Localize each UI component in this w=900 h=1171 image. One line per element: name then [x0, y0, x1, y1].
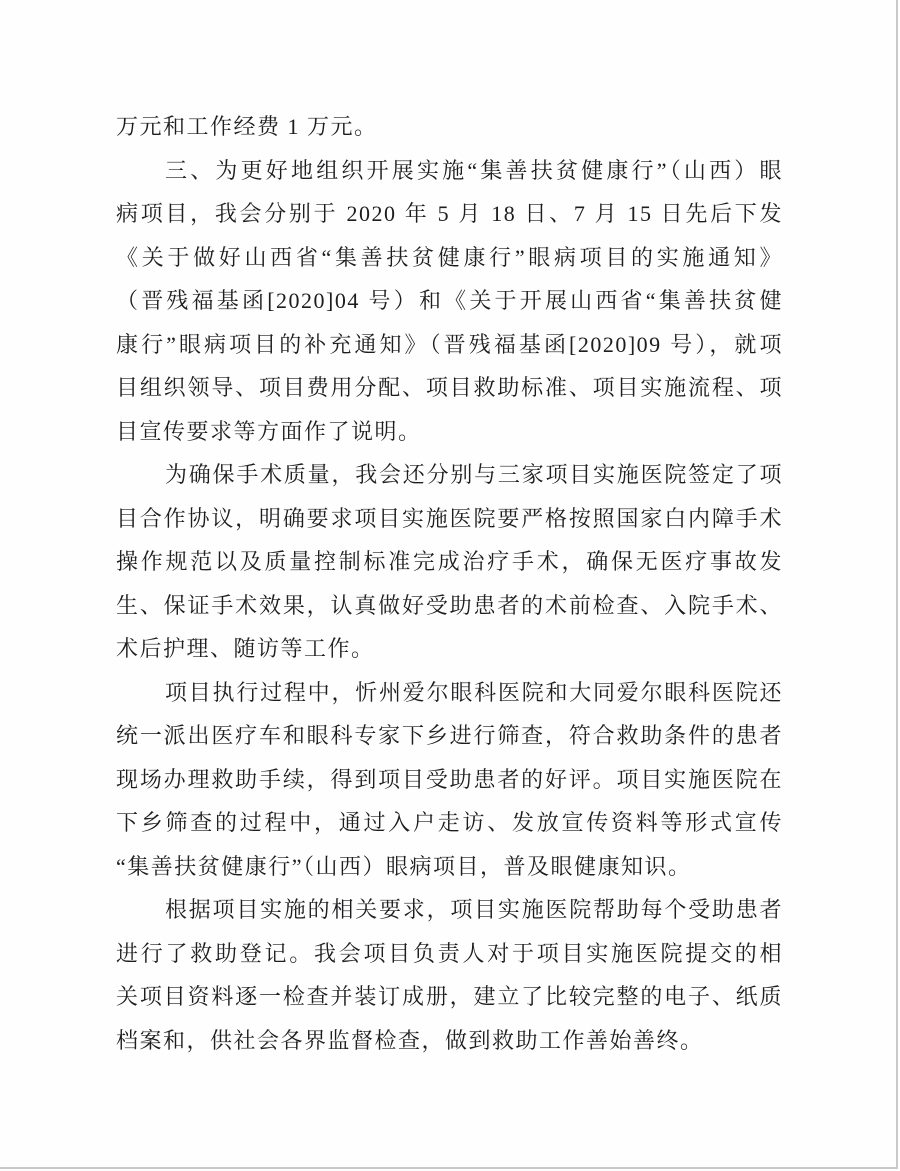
text-line: 目宣传要求等方面作了说明。	[116, 410, 783, 454]
text-line: 统一派出医疗车和眼科专家下乡进行筛查，符合救助条件的患者	[116, 714, 783, 758]
text-line: 万元和工作经费 1 万元。	[116, 105, 783, 149]
text-line: 目组织领导、项目费用分配、项目救助标准、项目实施流程、项	[116, 366, 783, 410]
text-line: 根据项目实施的相关要求，项目实施医院帮助每个受助患者	[116, 888, 783, 932]
text-line: 三、为更好地组织开展实施“集善扶贫健康行”（山西）眼	[116, 149, 783, 193]
text-line: 现场办理救助手续，得到项目受助患者的好评。项目实施医院在	[116, 758, 783, 802]
text-line: 操作规范以及质量控制标准完成治疗手术，确保无医疗事故发	[116, 540, 783, 584]
text-line: “集善扶贫健康行”（山西）眼病项目，普及眼健康知识。	[116, 845, 783, 889]
text-line: 关项目资料逐一检查并装订成册，建立了比较完整的电子、纸质	[116, 975, 783, 1019]
text-line: 病项目，我会分别于 2020 年 5 月 18 日、7 月 15 日先后下发	[116, 192, 783, 236]
text-line: 下乡筛查的过程中，通过入户走访、发放宣传资料等形式宣传	[116, 801, 783, 845]
text-line: （晋残福基函[2020]04 号）和《关于开展山西省“集善扶贫健	[116, 279, 783, 323]
text-line: 《关于做好山西省“集善扶贫健康行”眼病项目的实施通知》	[116, 236, 783, 280]
text-line: 康行”眼病项目的补充通知》（晋残福基函[2020]09 号），就项	[116, 323, 783, 367]
text-line: 目合作协议，明确要求项目实施医院要严格按照国家白内障手术	[116, 497, 783, 541]
text-line: 术后护理、随访等工作。	[116, 627, 783, 671]
text-line: 为确保手术质量，我会还分别与三家项目实施医院签定了项	[116, 453, 783, 497]
text-line: 进行了救助登记。我会项目负责人对于项目实施医院提交的相	[116, 932, 783, 976]
text-line: 项目执行过程中，忻州爱尔眼科医院和大同爱尔眼科医院还	[116, 671, 783, 715]
text-line: 生、保证手术效果，认真做好受助患者的术前检查、入院手术、	[116, 584, 783, 628]
document-page: 万元和工作经费 1 万元。三、为更好地组织开展实施“集善扶贫健康行”（山西）眼病…	[0, 0, 898, 1169]
text-line: 档案和，供社会各界监督检查，做到救助工作善始善终。	[116, 1019, 783, 1063]
document-body: 万元和工作经费 1 万元。三、为更好地组织开展实施“集善扶贫健康行”（山西）眼病…	[116, 105, 783, 1062]
